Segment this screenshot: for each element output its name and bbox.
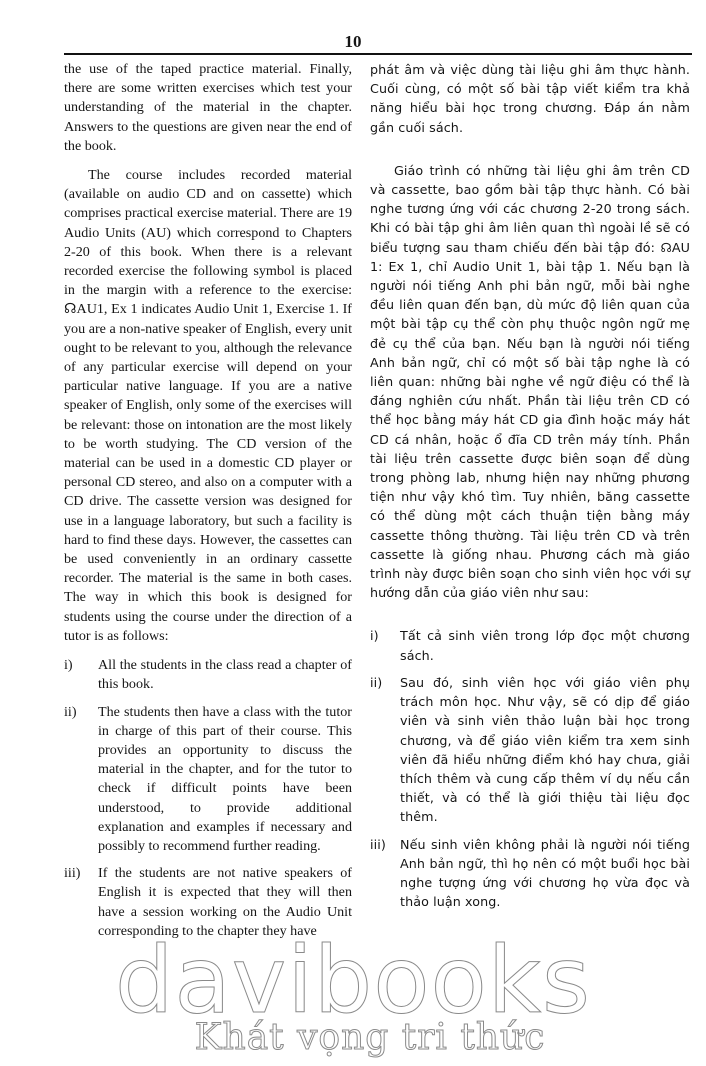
list-item-text: Nếu sinh viên không phải là người nói ti…	[400, 837, 690, 910]
paragraph: The course includes recorded material (a…	[64, 166, 352, 646]
spacer	[370, 602, 690, 626]
list-marker: ii)	[64, 703, 77, 722]
list-item-text: The students then have a class with the …	[98, 704, 352, 854]
list-marker: iii)	[370, 835, 386, 854]
list-item-text: Tất cả sinh viên trong lớp đọc một chươn…	[400, 628, 690, 662]
numbered-list: i) All the students in the class read a …	[64, 656, 352, 941]
list-marker: i)	[370, 626, 379, 645]
paragraph: phát âm và việc dùng tài liệu ghi âm thự…	[370, 60, 690, 137]
paragraph: the use of the taped practice material. …	[64, 60, 352, 156]
list-item: i) All the students in the class read a …	[64, 656, 352, 694]
list-marker: ii)	[370, 673, 382, 692]
header-rule	[64, 53, 692, 55]
list-item-text: Sau đó, sinh viên học với giáo viên phụ …	[400, 675, 690, 824]
watermark-slogan: Khát vọng tri thức	[170, 1018, 570, 1058]
spacer	[370, 137, 690, 161]
list-item: ii) Sau đó, sinh viên học với giáo viên …	[370, 673, 690, 827]
numbered-list: i) Tất cả sinh viên trong lớp đọc một ch…	[370, 626, 690, 911]
list-marker: i)	[64, 656, 73, 675]
list-item-text: All the students in the class read a cha…	[98, 657, 352, 692]
english-column: the use of the taped practice material. …	[64, 60, 352, 949]
list-item: iii) If the students are not native spea…	[64, 864, 352, 941]
list-item: iii) Nếu sinh viên không phải là người n…	[370, 835, 690, 912]
vietnamese-column: phát âm và việc dùng tài liệu ghi âm thự…	[370, 60, 690, 919]
list-item: i) Tất cả sinh viên trong lớp đọc một ch…	[370, 626, 690, 664]
paragraph: Giáo trình có những tài liệu ghi âm trên…	[370, 161, 690, 603]
page-number: 10	[0, 32, 706, 52]
list-item-text: If the students are not native speakers …	[98, 865, 352, 939]
list-marker: iii)	[64, 864, 80, 883]
list-item: ii) The students then have a class with …	[64, 703, 352, 857]
